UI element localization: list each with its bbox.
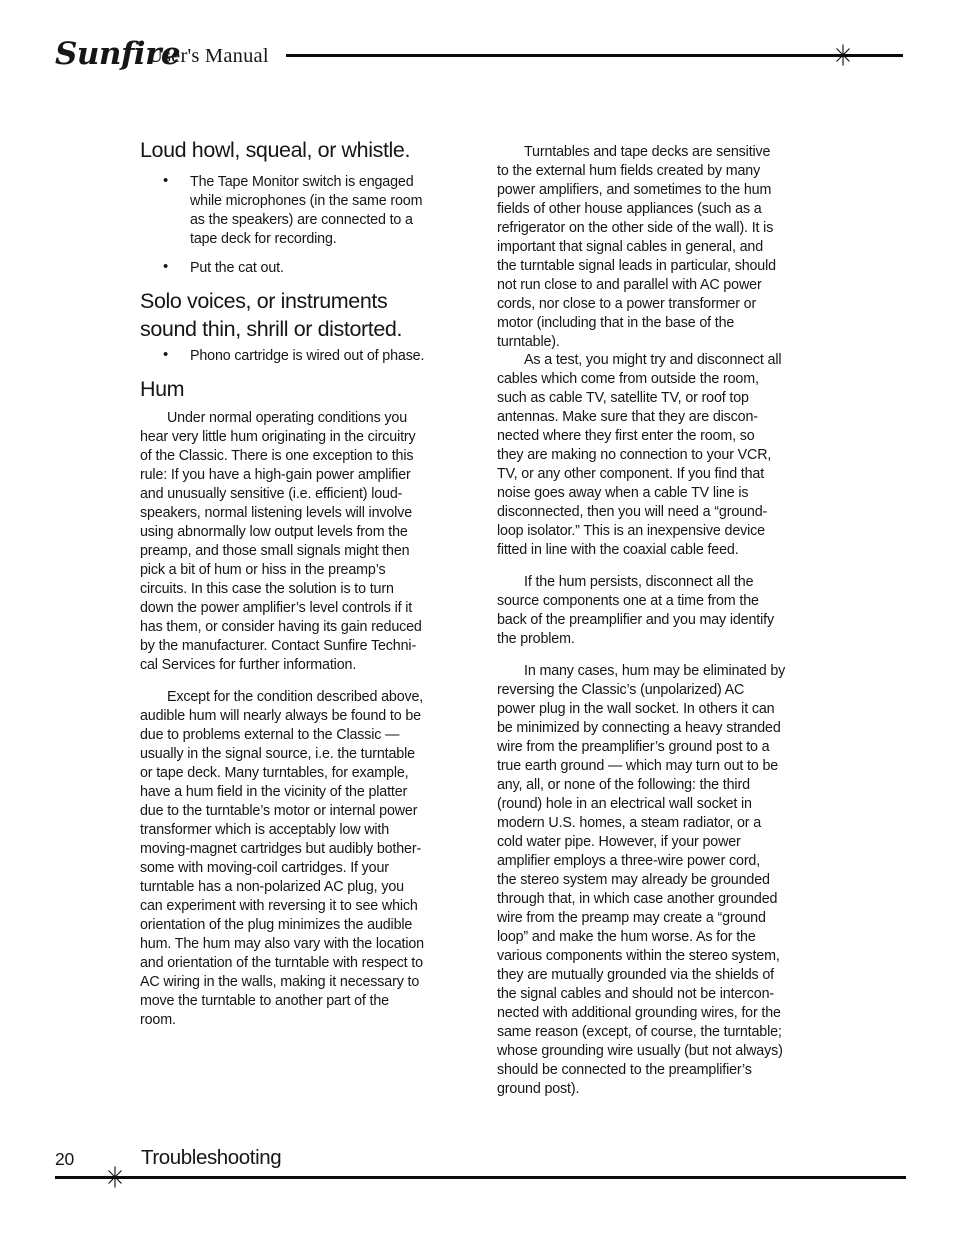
paragraph: Turntables and tape decks are sensitive … bbox=[497, 143, 776, 352]
paragraph: As a test, you might try and disconnect … bbox=[497, 351, 781, 560]
list-item: • Put the cat out. bbox=[140, 259, 488, 278]
star-ornament-icon bbox=[103, 1165, 127, 1189]
footer-rule bbox=[55, 1176, 906, 1179]
paragraph: Under normal operating conditions you he… bbox=[140, 409, 422, 675]
section-heading-loud-howl: Loud howl, squeal, or whistle. bbox=[140, 136, 410, 164]
list-item: • The Tape Monitor switch is engaged whi… bbox=[140, 173, 488, 249]
list-item-text: Put the cat out. bbox=[190, 259, 488, 278]
section-heading-hum: Hum bbox=[140, 375, 184, 403]
list-item-text: Phono cartridge is wired out of phase. bbox=[190, 347, 488, 366]
paragraph: In many cases, hum may be eliminated by … bbox=[497, 662, 785, 1099]
bullet-list: • Phono cartridge is wired out of phase. bbox=[140, 347, 488, 366]
section-heading-solo-voices: Solo voices, or instruments sound thin, … bbox=[140, 287, 402, 343]
list-item: • Phono cartridge is wired out of phase. bbox=[140, 347, 488, 366]
star-ornament-icon bbox=[831, 43, 855, 67]
manual-page: Sunfire User's Manual Loud howl, squeal,… bbox=[0, 0, 954, 1235]
footer-section-title: Troubleshooting bbox=[141, 1146, 281, 1170]
bullet-icon: • bbox=[163, 172, 168, 189]
bullet-list: • The Tape Monitor switch is engaged whi… bbox=[140, 173, 488, 278]
manual-title: User's Manual bbox=[148, 45, 269, 68]
paragraph: Except for the condition described above… bbox=[140, 688, 424, 1030]
header-rule bbox=[286, 54, 903, 57]
list-item-text: The Tape Monitor switch is engaged while… bbox=[190, 173, 488, 249]
bullet-icon: • bbox=[163, 346, 168, 363]
page-number: 20 bbox=[55, 1149, 74, 1170]
bullet-icon: • bbox=[163, 258, 168, 275]
paragraph: If the hum persists, disconnect all the … bbox=[497, 573, 774, 649]
